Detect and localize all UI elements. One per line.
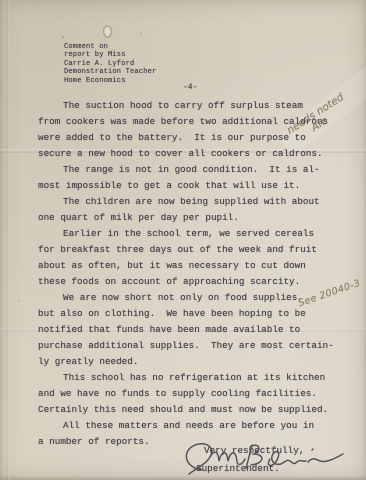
text-line: The suction hood to carry off surplus st… (38, 98, 338, 114)
text-line: Home Economics (64, 77, 156, 85)
text-line: Demonstration Teacher (64, 68, 156, 76)
text-line: report by Miss (64, 51, 156, 59)
text-line: notified that funds have been made avail… (38, 322, 338, 338)
paper-speck (140, 33, 142, 34)
text-line: for breakfast three days out of the week… (38, 242, 338, 258)
letter-body: The suction hood to carry off surplus st… (38, 98, 338, 450)
text-line: most impossible to get a cook that will … (38, 178, 338, 194)
text-line: these foods on account of approaching sc… (38, 274, 338, 290)
paper-speck (18, 300, 20, 302)
text-line: about as often, but it was necessary to … (38, 258, 338, 274)
text-line: ly greatly needed. (38, 354, 338, 370)
text-line: The range is not in good condition. It i… (38, 162, 338, 178)
text-line: All these matters and needs are before y… (38, 418, 338, 434)
text-line: Earlier in the school term, we served ce… (38, 226, 338, 242)
text-line: but also on clothing. We have been hopin… (38, 306, 338, 322)
text-line: one quart of milk per day per pupil. (38, 210, 338, 226)
text-line: This school has no refrigeration at its … (38, 370, 338, 386)
text-line: Carrie A. Lyford (64, 60, 156, 68)
page-number: -4- (183, 83, 197, 92)
text-line: The children are now being supplied with… (38, 194, 338, 210)
text-line: We are now short not only on food suppli… (38, 290, 338, 306)
punch-hole-mark (103, 25, 112, 38)
typed-header-block: Comment onreport by MissCarrie A. Lyford… (64, 43, 156, 85)
text-line: Certainly this need should and must now … (38, 402, 338, 418)
superintendent-signature (172, 437, 350, 477)
text-line: secure a new hood to cover all cookers o… (38, 146, 338, 162)
text-line: and we have no funds to supply cooling f… (38, 386, 338, 402)
vertical-crease (7, 0, 10, 480)
paper-speck (62, 36, 64, 38)
text-line: purchase additional supplies. They are m… (38, 338, 338, 354)
scanned-letter-page: Comment onreport by MissCarrie A. Lyford… (0, 0, 366, 480)
